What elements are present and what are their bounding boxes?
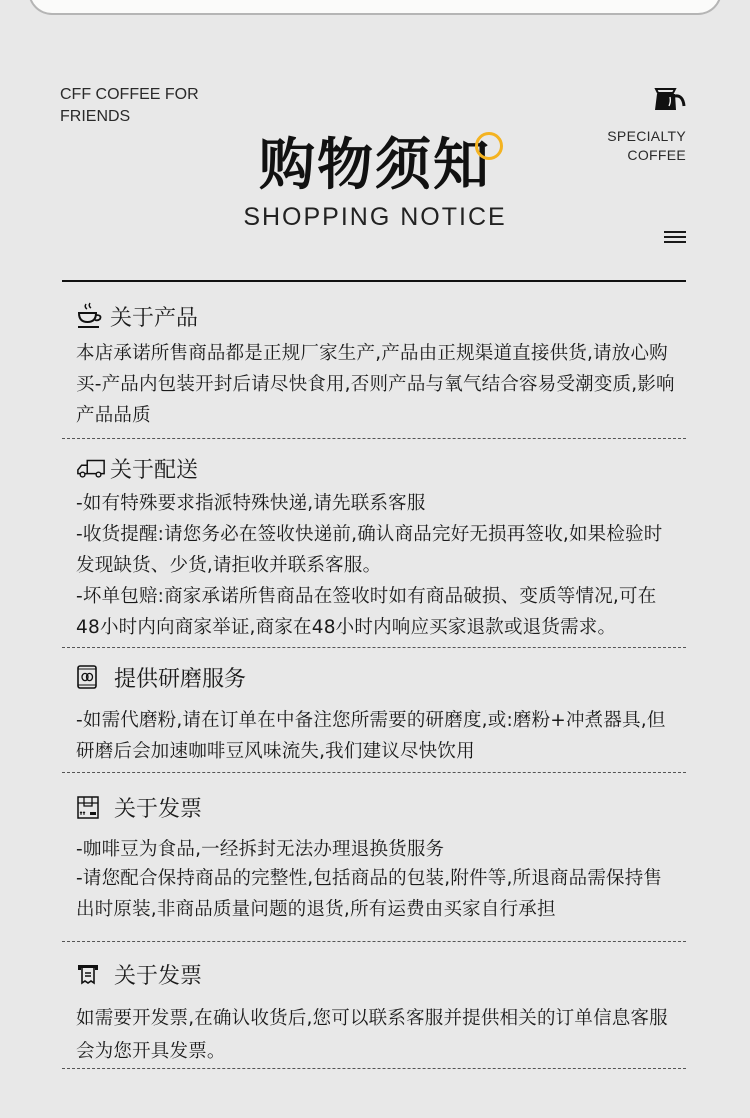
page-title-text: 购物须知 <box>259 133 491 198</box>
page-title: 购物须知 <box>259 130 491 202</box>
section-heading: 提供研磨服务 <box>76 648 678 691</box>
section-text: -收货提醒:请您务必在签收快递前,确认商品完好无损再签收,如果检验时发现缺货、少… <box>76 519 678 581</box>
section-heading: 关于发票 <box>76 942 678 988</box>
section-body: -如有特殊要求指派特殊快递,请先联系客服 -收货提醒:请您务必在签收快递前,确认… <box>76 488 678 643</box>
section-title: 关于配送 <box>110 453 198 484</box>
brand-left: CFF COFFEE FOR FRIENDS <box>60 84 200 128</box>
delivery-truck-icon <box>76 454 106 482</box>
section-product: 关于产品 本店承诺所售商品都是正规厂家生产,产品由正规渠道直接供货,请放心购买-… <box>62 282 686 439</box>
section-delivery: 关于配送 -如有特殊要求指派特殊快递,请先联系客服 -收货提醒:请您务必在签收快… <box>62 439 686 648</box>
top-card-edge <box>28 0 722 15</box>
section-body: -咖啡豆为食品,一经拆封无法办理退换货服务 -请您配合保持商品的完整性,包括商品… <box>76 837 678 925</box>
section-text: 如需要开发票,在确认收货后,您可以联系客服并提供相关的订单信息客服会为您开具发票… <box>76 1002 678 1068</box>
section-heading: 关于发票 <box>76 773 678 821</box>
section-text: 本店承诺所售商品都是正规厂家生产,产品由正规渠道直接供货,请放心购买-产品内包装… <box>76 338 678 431</box>
brand-left-line2: FRIENDS <box>60 106 200 128</box>
coffee-cup-icon <box>76 302 106 330</box>
section-body: 本店承诺所售商品都是正规厂家生产,产品由正规渠道直接供货,请放心购买-产品内包装… <box>76 338 678 431</box>
section-returns: 关于发票 -咖啡豆为食品,一经拆封无法办理退换货服务 -请您配合保持商品的完整性… <box>62 773 686 942</box>
section-text: -如有特殊要求指派特殊快递,请先联系客服 <box>76 488 678 519</box>
section-text: -如需代磨粉,请在订单在中备注您所需要的研磨度,或:磨粉+冲煮器具,但研磨后会加… <box>76 705 678 767</box>
section-grinding: 提供研磨服务 -如需代磨粉,请在订单在中备注您所需要的研磨度,或:磨粉+冲煮器具… <box>62 648 686 773</box>
section-body: -如需代磨粉,请在订单在中备注您所需要的研磨度,或:磨粉+冲煮器具,但研磨后会加… <box>76 705 678 767</box>
section-text: -咖啡豆为食品,一经拆封无法办理退换货服务 <box>76 837 678 863</box>
section-invoice: 关于发票 如需要开发票,在确认收货后,您可以联系客服并提供相关的订单信息客服会为… <box>62 942 686 1069</box>
section-title: 关于产品 <box>110 301 198 332</box>
coffee-pot-icon <box>653 86 687 112</box>
section-title: 关于发票 <box>114 792 202 823</box>
section-text: -请您配合保持商品的完整性,包括商品的包装,附件等,所退商品需保持售出时原装,非… <box>76 863 678 925</box>
page-title-block: 购物须知 SHOPPING NOTICE <box>0 130 750 232</box>
coffee-bag-icon <box>76 663 106 691</box>
section-heading: 关于配送 <box>76 439 678 482</box>
receipt-printer-icon <box>76 960 106 988</box>
section-heading: 关于产品 <box>76 282 678 330</box>
section-title: 提供研磨服务 <box>114 662 246 693</box>
brand-left-line1: CFF COFFEE FOR <box>60 84 200 106</box>
section-title: 关于发票 <box>114 959 202 990</box>
section-body: 如需要开发票,在确认收货后,您可以联系客服并提供相关的订单信息客服会为您开具发票… <box>76 1002 678 1068</box>
notice-sections: 关于产品 本店承诺所售商品都是正规厂家生产,产品由正规渠道直接供货,请放心购买-… <box>62 282 686 1069</box>
accent-circle-icon <box>475 132 503 160</box>
package-box-icon <box>76 793 106 821</box>
hamburger-menu-icon[interactable] <box>664 231 686 245</box>
section-text: -坏单包赔:商家承诺所售商品在签收时如有商品破损、变质等情况,可在48小时内向商… <box>76 581 678 643</box>
page-subtitle: SHOPPING NOTICE <box>0 202 750 232</box>
